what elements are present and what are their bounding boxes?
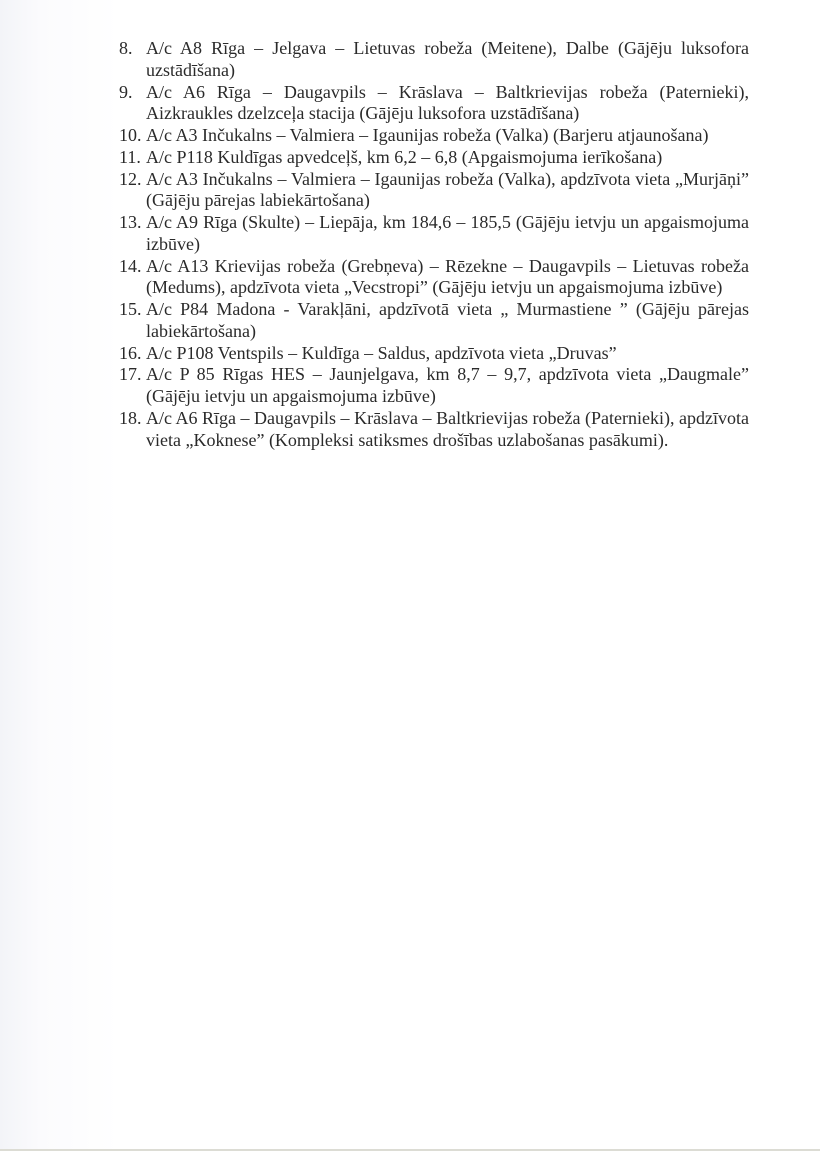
item-text: A/c A6 Rīga – Daugavpils – Krāslava – Ba… [146, 408, 749, 450]
list-item: 18. A/c A6 Rīga – Daugavpils – Krāslava … [119, 408, 749, 452]
scanned-document-page: 8. A/c A8 Rīga – Jelgava – Lietuvas robe… [0, 0, 820, 1151]
item-number: 17. [119, 364, 142, 386]
item-text: A/c A9 Rīga (Skulte) – Liepāja, km 184,6… [146, 212, 749, 254]
item-number: 13. [119, 212, 142, 234]
list-item: 9. A/c A6 Rīga – Daugavpils – Krāslava –… [119, 82, 749, 126]
item-number: 15. [119, 299, 142, 321]
item-text: A/c P108 Ventspils – Kuldīga – Saldus, a… [146, 343, 617, 363]
item-number: 9. [119, 82, 133, 104]
list-item: 17. A/c P 85 Rīgas HES – Jaunjelgava, km… [119, 364, 749, 408]
project-list: 8. A/c A8 Rīga – Jelgava – Lietuvas robe… [119, 38, 749, 451]
list-item: 16. A/c P108 Ventspils – Kuldīga – Saldu… [119, 343, 749, 365]
item-text: A/c A13 Krievijas robeža (Grebņeva) – Rē… [146, 256, 749, 298]
item-number: 8. [119, 38, 133, 60]
item-number: 10. [119, 125, 142, 147]
list-item: 12. A/c A3 Inčukalns – Valmiera – Igauni… [119, 169, 749, 213]
item-text: A/c P 85 Rīgas HES – Jaunjelgava, km 8,7… [146, 364, 749, 406]
item-text: A/c A6 Rīga – Daugavpils – Krāslava – Ba… [146, 82, 749, 124]
list-item: 13. A/c A9 Rīga (Skulte) – Liepāja, km 1… [119, 212, 749, 256]
item-text: A/c A3 Inčukalns – Valmiera – Igaunijas … [146, 169, 749, 211]
list-item: 14. A/c A13 Krievijas robeža (Grebņeva) … [119, 256, 749, 300]
item-number: 16. [119, 343, 142, 365]
item-number: 14. [119, 256, 142, 278]
list-item: 8. A/c A8 Rīga – Jelgava – Lietuvas robe… [119, 38, 749, 82]
item-text: A/c P118 Kuldīgas apvedceļš, km 6,2 – 6,… [146, 147, 662, 167]
list-item: 15. A/c P84 Madona - Varakļāni, apdzīvot… [119, 299, 749, 343]
item-number: 11. [119, 147, 141, 169]
item-text: A/c A8 Rīga – Jelgava – Lietuvas robeža … [146, 38, 749, 80]
item-number: 12. [119, 169, 142, 191]
list-item: 11. A/c P118 Kuldīgas apvedceļš, km 6,2 … [119, 147, 749, 169]
item-number: 18. [119, 408, 142, 430]
item-text: A/c A3 Inčukalns – Valmiera – Igaunijas … [146, 125, 708, 145]
item-text: A/c P84 Madona - Varakļāni, apdzīvotā vi… [146, 299, 749, 341]
list-item: 10. A/c A3 Inčukalns – Valmiera – Igauni… [119, 125, 749, 147]
